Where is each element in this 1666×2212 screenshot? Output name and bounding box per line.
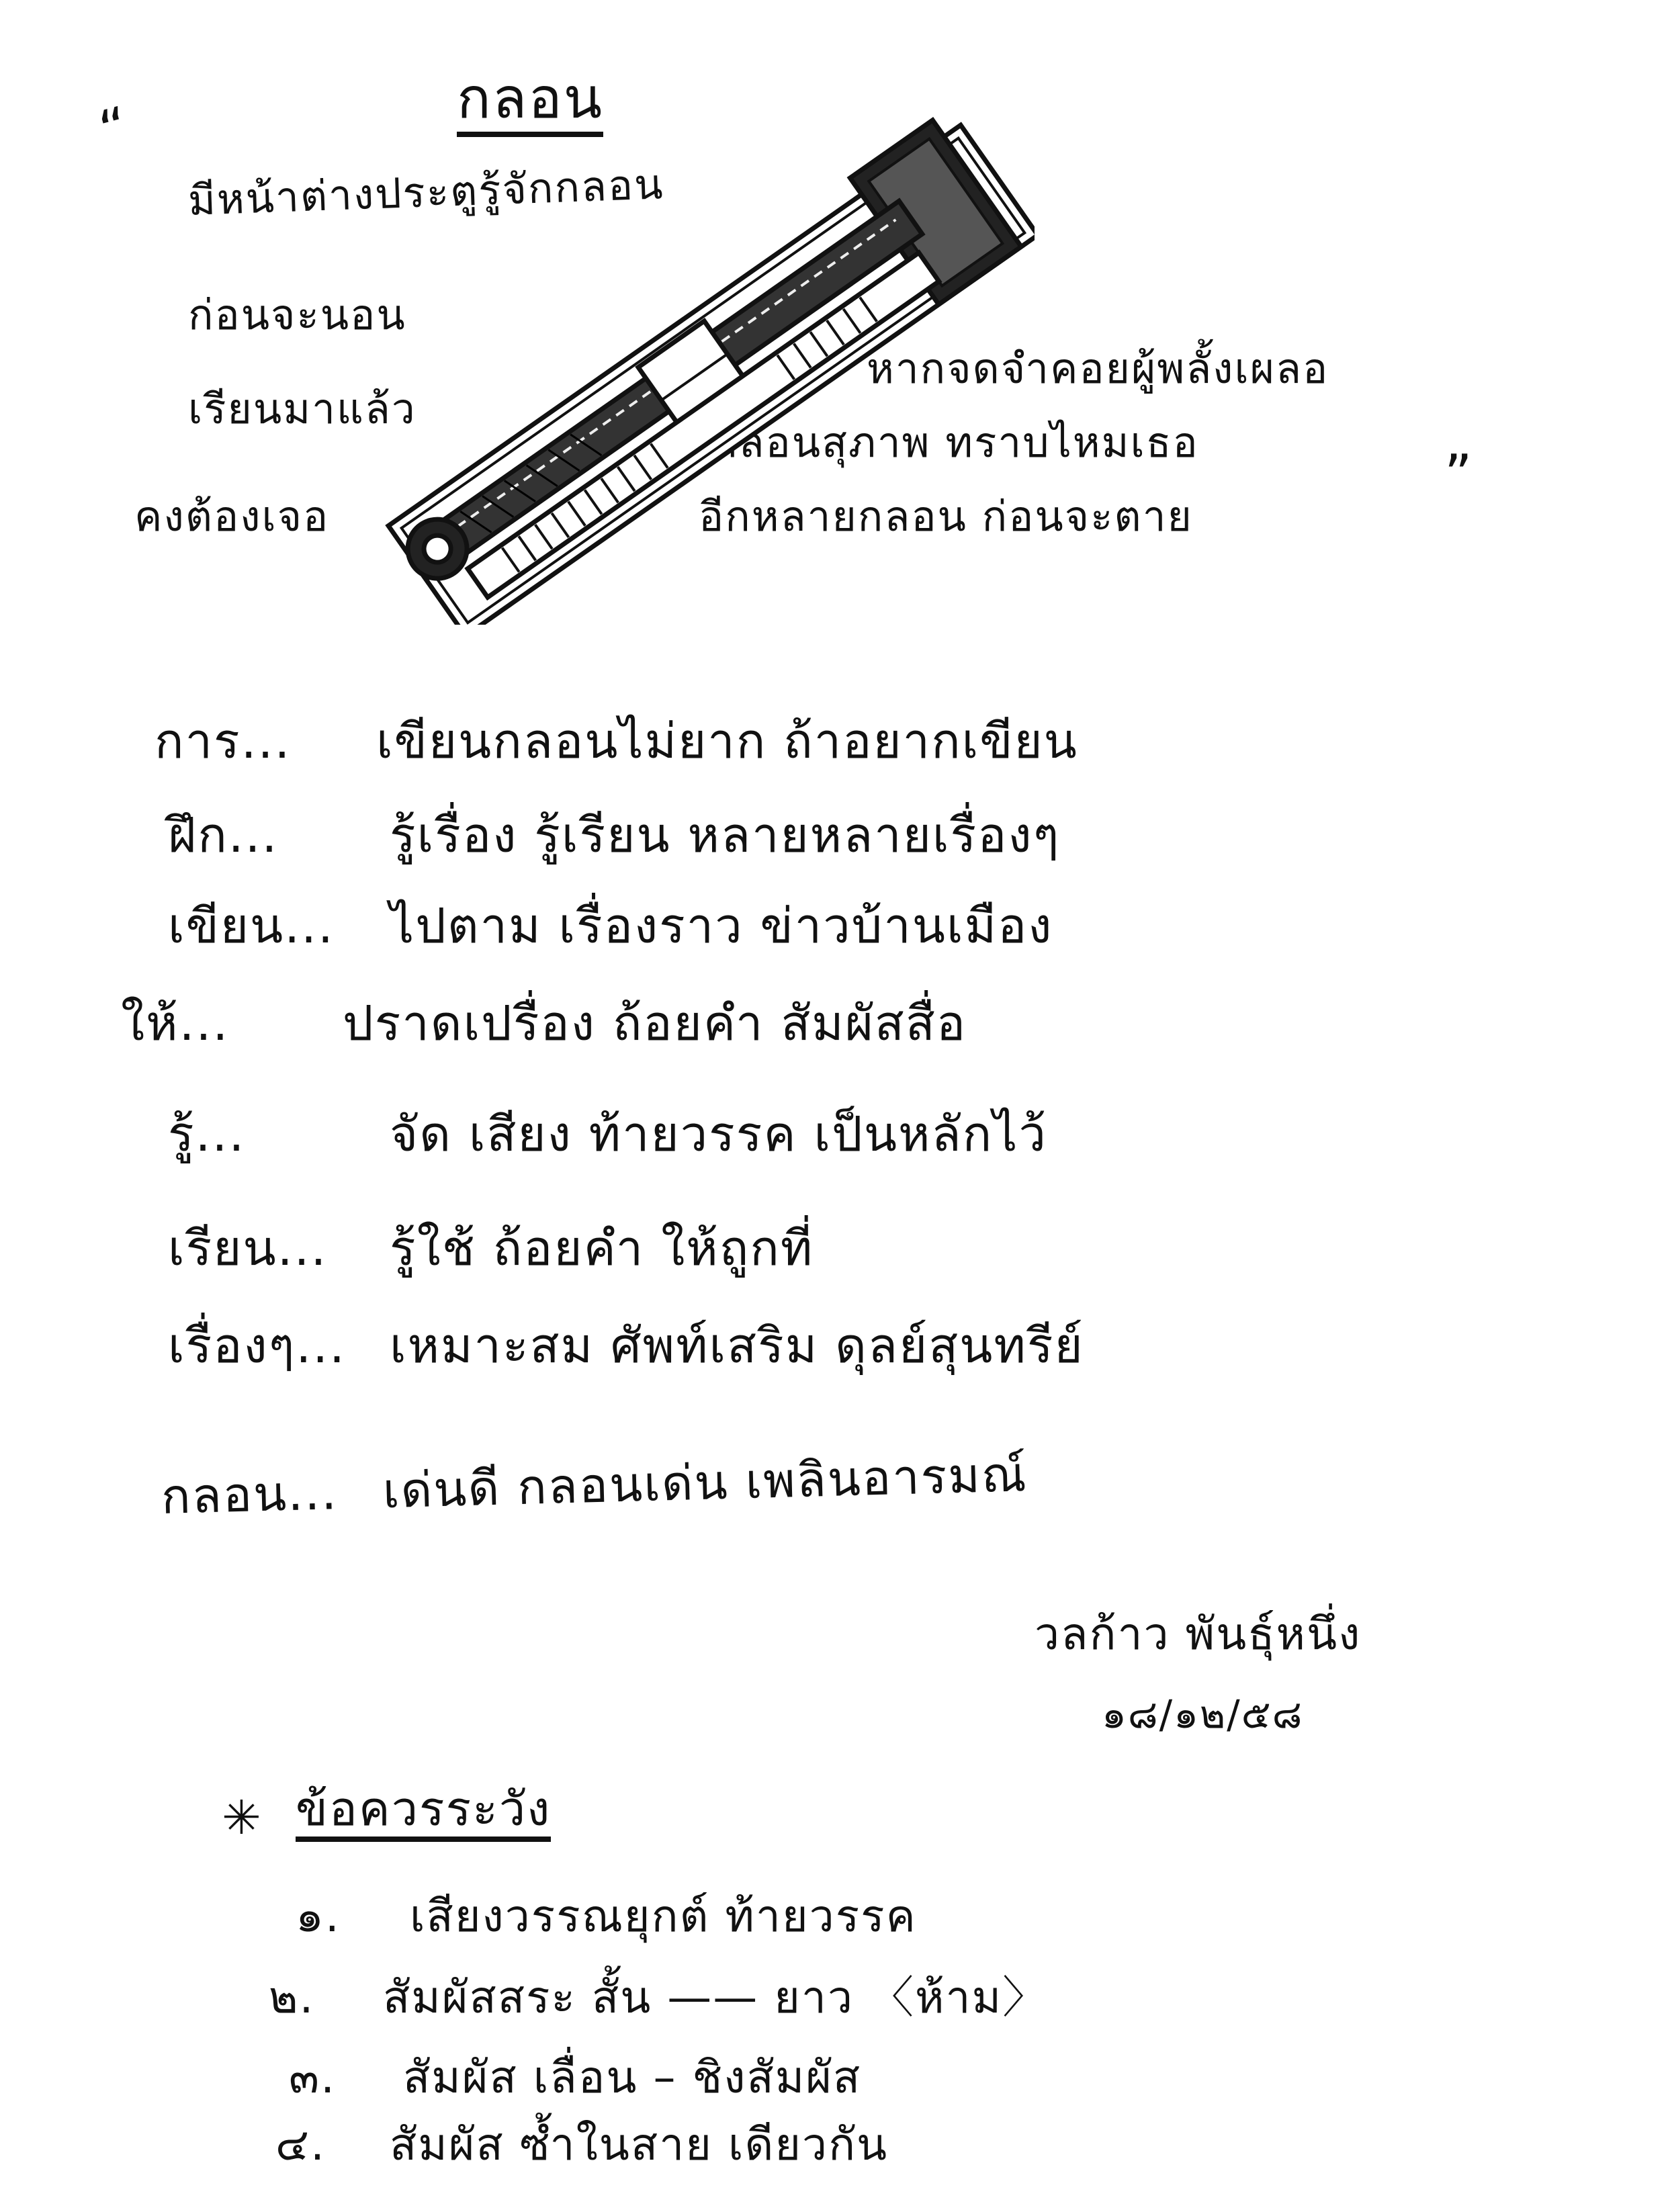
caution-item-text: สัมผัส เลื่อน – ชิงสัมผัส xyxy=(403,2051,861,2103)
closing-quote-mark: ” xyxy=(1444,443,1473,506)
poem-line: เรื่องๆ...เหมาะสม ศัพท์เสริม ดุลย์สุนทรี… xyxy=(168,1307,1084,1384)
poem-line: เขียน...ไปตาม เรื่องราว ข่าวบ้านเมือง xyxy=(168,887,1053,964)
caution-item-text: สัมผัสสระ สั้น —— ยาว 〈ห้าม〉 xyxy=(383,1972,1048,2023)
caution-item: ๓.สัมผัส เลื่อน – ชิงสัมผัส xyxy=(289,2042,861,2113)
opening-quote-mark: “ xyxy=(93,94,137,162)
poem-line-text: ไปตาม เรื่องราว ข่าวบ้านเมือง xyxy=(390,897,1053,954)
poem-line: การ...เขียนกลอนไม่ยาก ถ้าอยากเขียน xyxy=(155,702,1078,779)
poem-line-lead: ฝึก... xyxy=(168,796,390,873)
caution-item-text: สัมผัส ซ้ำในสาย เดียวกัน xyxy=(390,2119,888,2170)
poem-line-lead: เรียน... xyxy=(168,1209,390,1286)
poem-line-lead: เขียน... xyxy=(168,887,390,964)
poem-line-lead: กลอน... xyxy=(160,1452,384,1535)
caution-item-number: ๒. xyxy=(269,1962,383,2033)
caution-item-number: ๑. xyxy=(296,1881,410,1951)
caution-item: ๒.สัมผัสสระ สั้น —— ยาว 〈ห้าม〉 xyxy=(269,1961,1048,2033)
caution-item: ๔.สัมผัส ซ้ำในสาย เดียวกัน xyxy=(275,2109,888,2180)
poem-line: เรียน...รู้ใช้ ถ้อยคำ ให้ถูกที่ xyxy=(168,1209,814,1286)
poem-line-text: เหมาะสม ศัพท์เสริม ดุลย์สุนทรีย์ xyxy=(390,1317,1084,1374)
poem-line-text: จัด เสียง ท้ายวรรค เป็นหลักไว้ xyxy=(390,1106,1047,1162)
intro-line-left: คงต้องเจอ xyxy=(134,484,329,549)
poem-line: ให้...ปราดเปรื่อง ถ้อยคำ สัมผัสสื่อ xyxy=(121,984,967,1061)
asterisk-icon: ✳ xyxy=(222,1790,263,1845)
poem-line: ฝึก...รู้เรื่อง รู้เรียน หลายหลายเรื่องๆ xyxy=(168,796,1060,873)
door-bolt-illustration xyxy=(376,114,1035,625)
poem-line-text: เขียนกลอนไม่ยาก ถ้าอยากเขียน xyxy=(376,713,1078,769)
poem-line: กลอน...เด่นดี กลอนเด่น เพลินอารมณ์ xyxy=(160,1435,1028,1535)
caution-item-number: ๔. xyxy=(275,2109,390,2180)
poem-line-lead: รู้... xyxy=(168,1095,390,1172)
date: ๑๘/๑๒/๕๘ xyxy=(1102,1683,1303,1745)
poem-line-text: เด่นดี กลอนเด่น เพลินอารมณ์ xyxy=(382,1446,1028,1519)
caution-item: ๑.เสียงวรรณยุกต์ ท้ายวรรค xyxy=(296,1881,917,1951)
caution-item-number: ๓. xyxy=(289,2042,403,2113)
poem-line-text: รู้ใช้ ถ้อยคำ ให้ถูกที่ xyxy=(390,1220,814,1276)
poem-line-lead: ให้... xyxy=(121,984,343,1061)
poem-line-lead: การ... xyxy=(155,702,376,779)
poem-line-text: ปราดเปรื่อง ถ้อยคำ สัมผัสสื่อ xyxy=(343,995,967,1051)
caution-item-text: เสียงวรรณยุกต์ ท้ายวรรค xyxy=(410,1890,917,1942)
poem-line: รู้...จัด เสียง ท้ายวรรค เป็นหลักไว้ xyxy=(168,1095,1047,1172)
poem-line-lead: เรื่องๆ... xyxy=(168,1307,390,1384)
cautions-heading: ข้อควรระวัง xyxy=(296,1783,551,1842)
intro-line-left: ก่อนจะนอน xyxy=(188,282,406,348)
poem-line-text: รู้เรื่อง รู้เรียน หลายหลายเรื่องๆ xyxy=(390,807,1060,863)
author-signature: วลก้าว พันธุ์หนึ่ง xyxy=(1035,1599,1361,1669)
